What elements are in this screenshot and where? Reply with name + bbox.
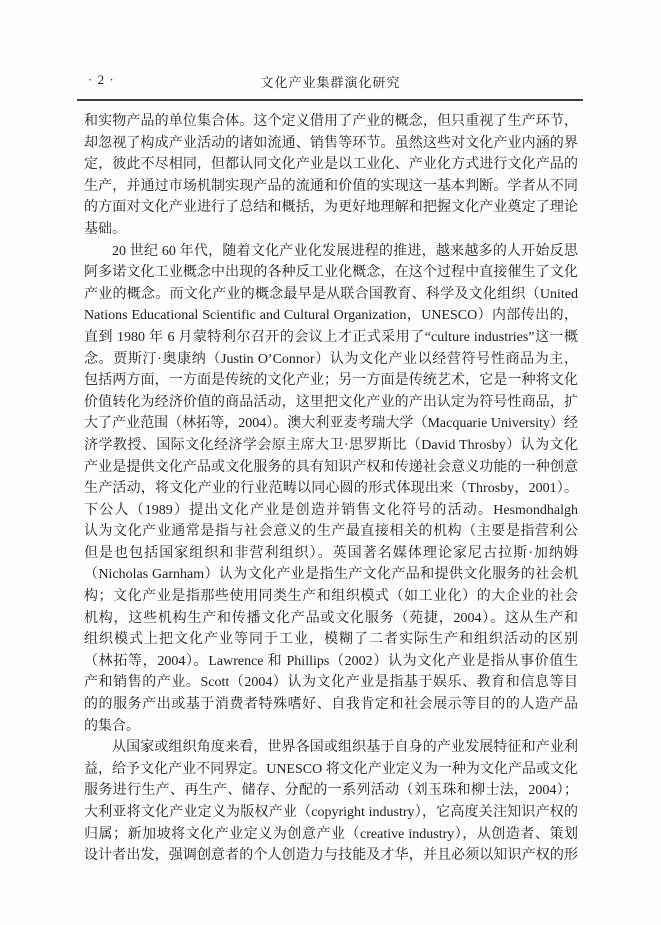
text-line: 却忽视了构成产业活动的诸如流通、销售等环节。虽然这些对文化产业内涵的界 bbox=[84, 133, 578, 155]
text-line: 基础。 bbox=[84, 219, 578, 241]
text-line: （Nicholas Garnham）认为文化产业是指生产文化产品和提供文化服务的… bbox=[84, 564, 578, 586]
text-line: 益，给予文化产业不同界定。UNESCO 将文化产业定义为一种为文化产品或文化 bbox=[84, 759, 578, 781]
text-line: 但是也包括国家组织和非营利组织）。英国著名媒体理论家尼古拉斯·加纳姆 bbox=[84, 543, 578, 565]
text-line: 下公人（1989）提出文化产业是创造并销售文化符号的活动。Hesmondhalg… bbox=[84, 500, 578, 522]
text-line: 大利亚将文化产业定义为版权产业（copyright industry），它高度关… bbox=[84, 802, 578, 824]
text-line: 和实物产品的单位集合体。这个定义借用了产业的概念，但只重视了生产环节， bbox=[84, 111, 578, 133]
text-line: 从国家或组织角度来看，世界各国或组织基于自身的产业发展特征和产业利 bbox=[84, 737, 578, 759]
text-line: 产业是提供文化产品或文化服务的具有知识产权和传递社会意义功能的一种创意 bbox=[84, 457, 578, 479]
text-line: 产业的概念。而文化产业的概念最早是从联合国教育、科学及文化组织（United bbox=[84, 284, 578, 306]
text-line: 包括两方面，一方面是传统的文化产业；另一方面是传统艺术，它是一种将文化 bbox=[84, 370, 578, 392]
text-line: 生产活动，将文化产业的行业范畴以同心圆的形式体现出来（Throsby，2001）… bbox=[84, 478, 578, 500]
header-rule bbox=[77, 99, 583, 101]
text-line: 设计者出发，强调创意者的个人创造力与技能及才华，并且必须以知识产权的形 bbox=[84, 845, 578, 867]
text-line: 价值转化为经济价值的商品活动，这里把文化产业的产出认定为符号性商品，扩 bbox=[84, 392, 578, 414]
text-line: 的的服务产出或基于消费者特殊嗜好、自我肯定和社会展示等目的的人造产品 bbox=[84, 694, 578, 716]
text-line: 构；文化产业是指那些使用同类生产和组织模式（如工业化）的大企业的社会 bbox=[84, 586, 578, 608]
text-line: 的集合。 bbox=[84, 716, 578, 738]
text-line: 产和销售的产业。Scott（2004）认为文化产业是指基于娱乐、教育和信息等目 bbox=[84, 672, 578, 694]
text-line: 直到 1980 年 6 月蒙特利尔召开的会议上才正式采用了“culture in… bbox=[84, 327, 578, 349]
text-line: 济学教授、国际文化经济学会原主席大卫·思罗斯比（David Throsby）认为… bbox=[84, 435, 578, 457]
text-line: （林拓等，2004）。Lawrence 和 Phillips（2002）认为文化… bbox=[84, 651, 578, 673]
running-title: 文化产业集群演化研究 bbox=[78, 72, 583, 91]
text-line: 服务进行生产、再生产、储存、分配的一系列活动（刘玉珠和柳士法，2004）；澳 bbox=[84, 780, 578, 802]
text-line: 生产，并通过市场机制实现产品的流通和价值的实现这一基本判断。学者从不同 bbox=[84, 176, 578, 198]
text-line: 大了产业范围（林拓等，2004）。澳大利亚麦考瑞大学（Macquarie Uni… bbox=[84, 413, 578, 435]
text-line: 机构，这些机构生产和传播文化产品或文化服务（苑捷，2004）。这从生产和 bbox=[84, 608, 578, 630]
text-line: 念。贾斯汀·奥康纳（Justin O’Connor）认为文化产业以经营符号性商品… bbox=[84, 349, 578, 371]
text-line: 认为文化产业通常是指与社会意义的生产最直接相关的机构（主要是指营利公司， bbox=[84, 521, 578, 543]
text-line: 阿多诺文化工业概念中出现的各种反工业化概念，在这个过程中直接催生了文化 bbox=[84, 262, 578, 284]
page-header: · 2 · 文化产业集群演化研究 bbox=[78, 72, 583, 94]
text-line: Nations Educational Scientific and Cultu… bbox=[84, 305, 578, 327]
text-line: 组织模式上把文化产业等同于工业，模糊了二者实际生产和组织活动的区别 bbox=[84, 629, 578, 651]
text-line: 归属；新加坡将文化产业定义为创意产业（creative industry），从创… bbox=[84, 824, 578, 846]
book-page: · 2 · 文化产业集群演化研究 和实物产品的单位集合体。这个定义借用了产业的概… bbox=[0, 0, 661, 925]
page-body: 和实物产品的单位集合体。这个定义借用了产业的概念，但只重视了生产环节，却忽视了构… bbox=[84, 111, 578, 867]
text-line: 定，彼此不尽相同，但都认同文化产业是以工业化、产业化方式进行文化产品的 bbox=[84, 154, 578, 176]
text-line: 20 世纪 60 年代，随着文化产业化发展进程的推进，越来越多的人开始反思 bbox=[84, 241, 578, 263]
text-line: 的方面对文化产业进行了总结和概括，为更好地理解和把握文化产业奠定了理论 bbox=[84, 197, 578, 219]
